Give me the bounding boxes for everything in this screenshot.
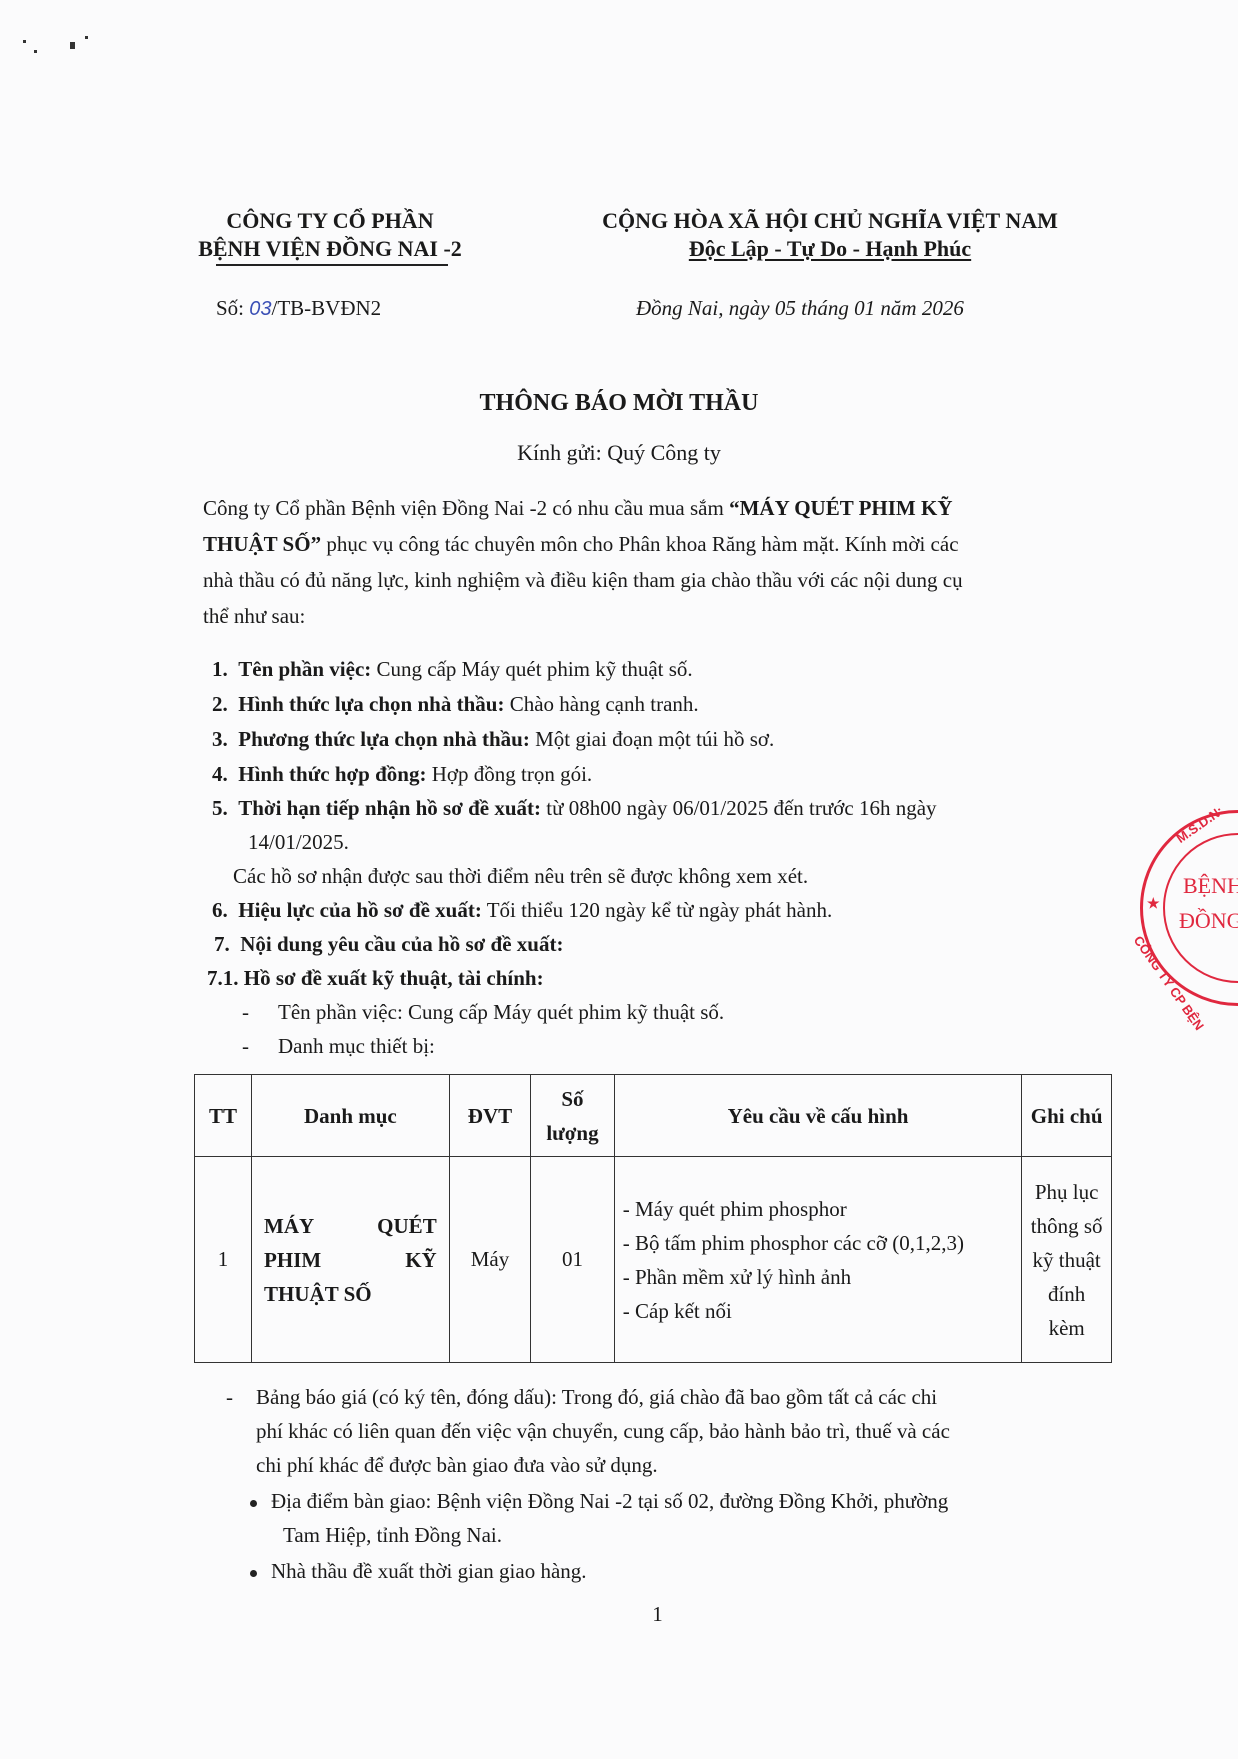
national-header: CỘNG HÒA XÃ HỘI CHỦ NGHĨA VIỆT NAM Độc L…	[560, 208, 1100, 262]
intro-line-1: Công ty Cổ phần Bệnh viện Đồng Nai -2 có…	[203, 496, 953, 521]
republic-name: CỘNG HÒA XÃ HỘI CHỦ NGHĨA VIỆT NAM	[560, 208, 1100, 234]
bullet-delivery-time: Nhà thầu đề xuất thời gian giao hàng.	[250, 1559, 587, 1584]
stamp-center-line2: ĐỒNG	[1179, 908, 1238, 934]
scan-speck	[85, 36, 88, 39]
item-5: 5. Thời hạn tiếp nhận hồ sơ đề xuất: từ …	[212, 796, 937, 821]
motto: Độc Lập - Tự Do - Hạnh Phúc	[560, 236, 1100, 262]
item-7: 7. Nội dung yêu cầu của hồ sơ đề xuất:	[214, 932, 563, 957]
company-underline	[216, 264, 448, 266]
item-6: 6. Hiệu lực của hồ sơ đề xuất: Tối thiểu…	[212, 898, 832, 923]
bullet-delivery-location: Địa điểm bàn giao: Bệnh viện Đồng Nai -2…	[250, 1489, 948, 1514]
dash-item-2: -Danh mục thiết bị:	[242, 1034, 435, 1059]
item-3: 3. Phương thức lựa chọn nhà thầu: Một gi…	[212, 727, 774, 752]
cell-notes: Phụ lục thông số kỹ thuật đính kèm	[1022, 1157, 1112, 1363]
bullet-icon	[250, 1500, 257, 1507]
cell-quantity: 01	[531, 1157, 615, 1363]
stamp-center-line1: BỆNH	[1183, 873, 1238, 899]
item-1: 1. Tên phần việc: Cung cấp Máy quét phim…	[212, 657, 693, 682]
document-number: Số: 03/TB-BVĐN2	[216, 296, 381, 321]
intro-line-4: thể như sau:	[203, 604, 305, 629]
company-line2: BỆNH VIỆN ĐỒNG NAI -2	[160, 236, 500, 262]
bullet-icon	[250, 1570, 257, 1577]
dash-item-1: -Tên phần việc: Cung cấp Máy quét phim k…	[242, 1000, 724, 1025]
company-line1: CÔNG TY CỔ PHẦN	[160, 208, 500, 234]
late-submission-note: Các hồ sơ nhận được sau thời điểm nêu tr…	[233, 864, 808, 889]
header-config: Yêu cầu về cấu hình	[614, 1075, 1022, 1157]
item-4: 4. Hình thức hợp đồng: Hợp đồng trọn gói…	[212, 762, 592, 787]
item-2: 2. Hình thức lựa chọn nhà thầu: Chào hàn…	[212, 692, 699, 717]
header-item: Danh mục	[252, 1075, 450, 1157]
cell-unit: Máy	[449, 1157, 531, 1363]
quote-line-3: chi phí khác để được bàn giao đưa vào sử…	[256, 1453, 658, 1478]
table-header-row: TT Danh mục ĐVT Số lượng Yêu cầu về cấu …	[195, 1075, 1112, 1157]
quote-line-1: -Bảng báo giá (có ký tên, đóng dấu): Tro…	[226, 1385, 937, 1410]
intro-line-2: THUẬT SỐ” phục vụ công tác chuyên môn ch…	[203, 532, 959, 557]
config-line: - Máy quét phim phosphor	[623, 1192, 1016, 1226]
document-title: THÔNG BÁO MỜI THẦU	[0, 390, 1238, 417]
table-row: 1 MÁY QUÉT PHIM KỸ THUẬT SỐ Máy 01 - Máy…	[195, 1157, 1112, 1363]
bullet-delivery-location-cont: Tam Hiệp, tỉnh Đồng Nai.	[283, 1523, 502, 1548]
cell-config: - Máy quét phim phosphor - Bộ tấm phim p…	[614, 1157, 1022, 1363]
config-line: - Cáp kết nối	[623, 1294, 1016, 1328]
config-line: - Bộ tấm phim phosphor các cỡ (0,1,2,3)	[623, 1226, 1016, 1260]
handwritten-number: 03	[249, 298, 271, 320]
header-notes: Ghi chú	[1022, 1075, 1112, 1157]
intro-line-3: nhà thầu có đủ năng lực, kinh nghiệm và …	[203, 568, 963, 593]
place-date: Đồng Nai, ngày 05 tháng 01 năm 2026	[636, 296, 964, 321]
header-unit: ĐVT	[449, 1075, 531, 1157]
config-line: - Phần mềm xử lý hình ảnh	[623, 1260, 1016, 1294]
salutation: Kính gửi: Quý Công ty	[0, 440, 1238, 466]
header-tt: TT	[195, 1075, 252, 1157]
equipment-table: TT Danh mục ĐVT Số lượng Yêu cầu về cấu …	[194, 1074, 1112, 1363]
cell-item-name: MÁY QUÉT PHIM KỸ THUẬT SỐ	[252, 1157, 450, 1363]
company-header: CÔNG TY CỔ PHẦN BỆNH VIỆN ĐỒNG NAI -2	[160, 208, 500, 262]
cell-tt: 1	[195, 1157, 252, 1363]
scan-speck	[23, 40, 26, 43]
stamp-star-icon: ★	[1147, 895, 1160, 912]
header-quantity: Số lượng	[531, 1075, 615, 1157]
section-7-1: 7.1. Hồ sơ đề xuất kỹ thuật, tài chính:	[207, 966, 544, 991]
company-stamp: M.S.D.N: ★ CÔNG TY CP BỆN BỆNH ĐỒNG	[1140, 810, 1238, 1006]
scan-speck	[34, 50, 37, 53]
scan-speck	[70, 42, 75, 49]
item-5-continued: 14/01/2025.	[248, 830, 349, 855]
quote-line-2: phí khác có liên quan đến việc vận chuyể…	[256, 1419, 950, 1444]
page-number: 1	[0, 1602, 1238, 1627]
